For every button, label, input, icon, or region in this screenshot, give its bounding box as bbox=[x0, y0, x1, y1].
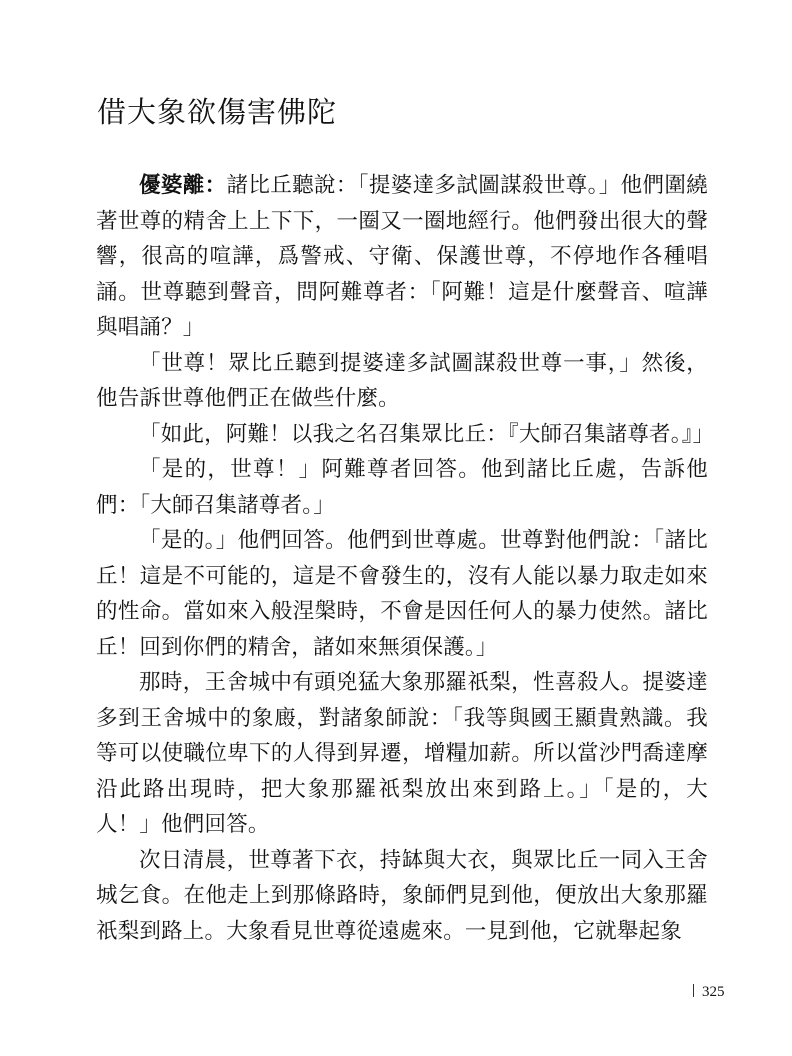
book-page: 借大象欲傷害佛陀 優婆離：諸比丘聽說：「提婆達多試圖謀殺世尊。」他們圍繞著世尊的… bbox=[0, 0, 792, 1056]
paragraph-text: 諸比丘聽說：「提婆達多試圖謀殺世尊。」他們圍繞著世尊的精舍上上下下，一圈又一圈地… bbox=[96, 173, 708, 340]
folio-divider bbox=[693, 984, 694, 997]
speaker-label: 優婆離： bbox=[139, 173, 227, 198]
section-title: 借大象欲傷害佛陀 bbox=[97, 90, 337, 131]
page-number-text: 325 bbox=[702, 984, 725, 1000]
paragraph-6: 那時，王舍城中有頭兇猛大象那羅祇梨，性喜殺人。提婆達多到王舍城中的象廄，對諸象師… bbox=[96, 665, 708, 843]
body-text: 優婆離：諸比丘聽說：「提婆達多試圖謀殺世尊。」他們圍繞著世尊的精舍上上下下，一圈… bbox=[96, 168, 708, 949]
paragraph-2: 「世尊！眾比丘聽到提婆達多試圖謀殺世尊一事，」然後，他告訴世尊他們正在做些什麼。 bbox=[96, 346, 708, 417]
paragraph-1: 優婆離：諸比丘聽說：「提婆達多試圖謀殺世尊。」他們圍繞著世尊的精舍上上下下，一圈… bbox=[96, 168, 708, 346]
paragraph-3: 「如此，阿難！以我之名召集眾比丘：『大師召集諸尊者。』」 bbox=[96, 417, 708, 453]
paragraph-4: 「是的，世尊！」阿難尊者回答。他到諸比丘處，告訴他們：「大師召集諸尊者。」 bbox=[96, 452, 708, 523]
paragraph-5: 「是的。」他們回答。他們到世尊處。世尊對他們說：「諸比丘！這是不可能的，這是不會… bbox=[96, 523, 708, 665]
paragraph-7: 次日清晨，世尊著下衣，持缽與大衣，與眾比丘一同入王舍城乞食。在他走上到那條路時，… bbox=[96, 843, 708, 950]
page-number: 325 bbox=[693, 984, 725, 1001]
